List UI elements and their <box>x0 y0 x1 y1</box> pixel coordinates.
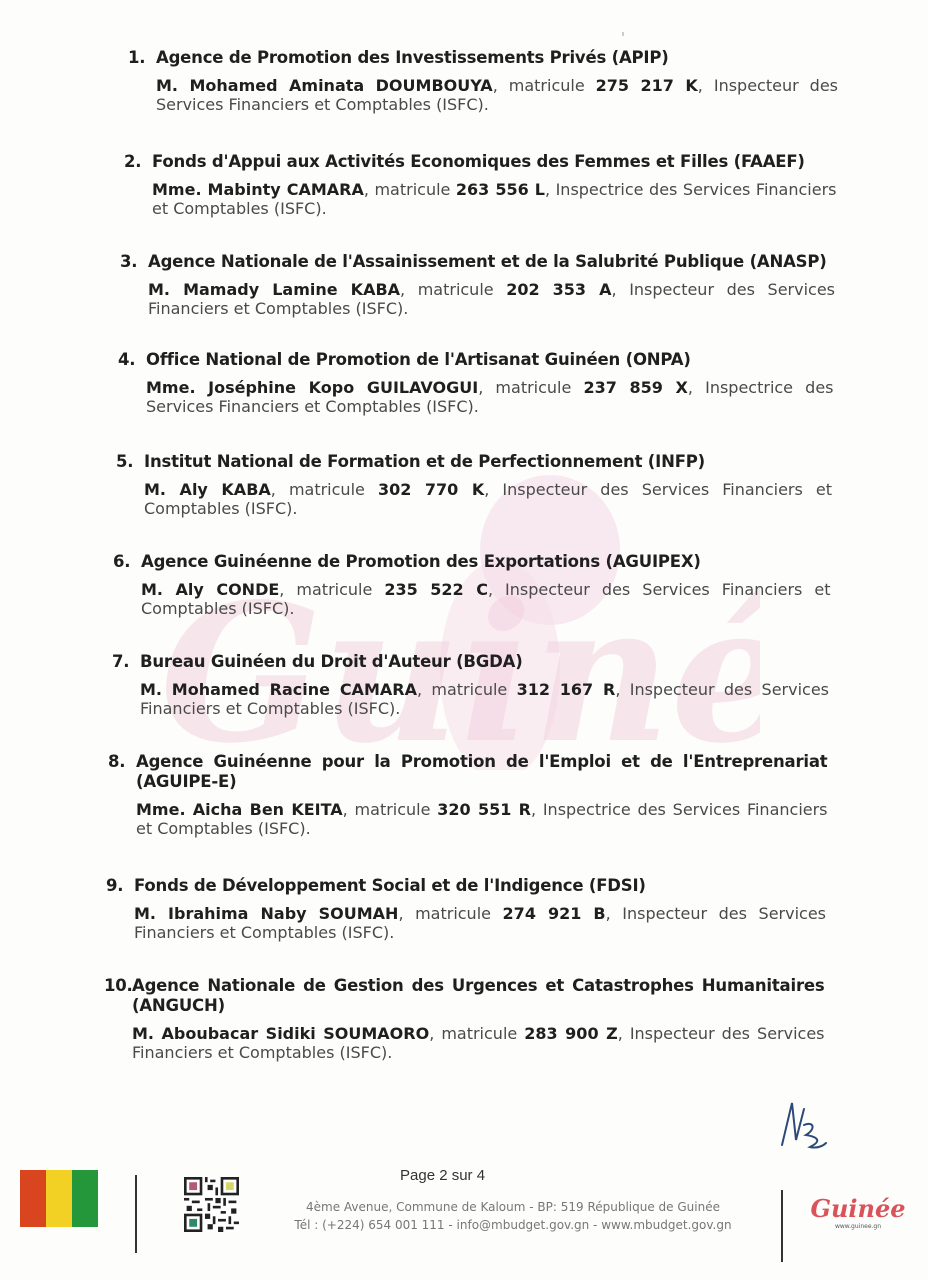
scan-speck <box>622 32 624 36</box>
signature-initials <box>770 1095 830 1155</box>
organization-heading: 5.Institut National de Formation et de P… <box>116 452 832 472</box>
matricule-number: 263 556 L <box>456 180 545 199</box>
appointee-line: M. Aly CONDE, matricule 235 522 C, Inspe… <box>141 580 831 618</box>
appointment-item: 1.Agence de Promotion des Investissement… <box>128 48 838 114</box>
organization-name: Agence Nationale de Gestion des Urgences… <box>132 976 825 1016</box>
appointee-line: Mme. Joséphine Kopo GUILAVOGUI, matricul… <box>146 378 834 416</box>
appointment-item: 3.Agence Nationale de l'Assainissement e… <box>120 252 835 318</box>
flag-yellow-band <box>46 1170 72 1227</box>
appointment-item: 7.Bureau Guinéen du Droit d'Auteur (BGDA… <box>112 652 829 718</box>
organization-name: Institut National de Formation et de Per… <box>144 452 832 472</box>
matricule-number: 275 217 K <box>596 76 698 95</box>
appointee-line: M. Aboubacar Sidiki SOUMAORO, matricule … <box>132 1024 825 1062</box>
organization-name: Agence Guinéenne de Promotion des Export… <box>141 552 831 572</box>
footer-address-block: 4ème Avenue, Commune de Kaloum - BP: 519… <box>278 1198 748 1234</box>
appointee-line: M. Mamady Lamine KABA, matricule 202 353… <box>148 280 835 318</box>
item-number: 6. <box>113 552 141 572</box>
appointee-line: Mme. Mabinty CAMARA, matricule 263 556 L… <box>152 180 837 218</box>
item-number: 2. <box>124 152 152 172</box>
appointment-item: 2.Fonds d'Appui aux Activités Economique… <box>124 152 837 218</box>
appointee-name: M. Mamady Lamine KABA <box>148 280 400 299</box>
qr-code[interactable] <box>184 1177 239 1232</box>
appointment-item: 6.Agence Guinéenne de Promotion des Expo… <box>113 552 831 618</box>
logo-wordmark: Guinée <box>808 1195 908 1223</box>
logo-url: www.guinee.gn <box>808 1223 908 1230</box>
item-number: 5. <box>116 452 144 472</box>
matricule-number: 283 900 Z <box>524 1024 617 1043</box>
appointee-line: M. Mohamed Racine CAMARA, matricule 312 … <box>140 680 829 718</box>
matricule-number: 235 522 C <box>384 580 488 599</box>
matricule-number: 202 353 A <box>506 280 611 299</box>
footer-divider-left <box>135 1175 137 1253</box>
appointee-line: M. Aly KABA, matricule 302 770 K, Inspec… <box>144 480 832 518</box>
organization-heading: 1.Agence de Promotion des Investissement… <box>128 48 838 68</box>
organization-heading: 7.Bureau Guinéen du Droit d'Auteur (BGDA… <box>112 652 829 672</box>
organization-name: Agence Guinéenne pour la Promotion de l'… <box>136 752 828 792</box>
page-number: Page 2 sur 4 <box>400 1167 485 1184</box>
appointment-item: 8.Agence Guinéenne pour la Promotion de … <box>108 752 828 838</box>
guinea-flag <box>20 1170 98 1227</box>
matricule-number: 320 551 R <box>437 800 531 819</box>
appointee-line: M. Ibrahima Naby SOUMAH, matricule 274 9… <box>134 904 826 942</box>
flag-red-band <box>20 1170 46 1227</box>
appointment-item: 5.Institut National de Formation et de P… <box>116 452 832 518</box>
item-number: 8. <box>108 752 136 792</box>
item-number: 7. <box>112 652 140 672</box>
footer-address: 4ème Avenue, Commune de Kaloum - BP: 519… <box>278 1198 748 1216</box>
appointee-name: M. Aly CONDE <box>141 580 279 599</box>
item-number: 9. <box>106 876 134 896</box>
footer-contact: Tél : (+224) 654 001 111 - info@mbudget.… <box>278 1216 748 1234</box>
appointee-name: Mme. Mabinty CAMARA <box>152 180 364 199</box>
guinee-logo: Guinée www.guinee.gn <box>808 1195 908 1250</box>
organization-heading: 4.Office National de Promotion de l'Arti… <box>118 350 834 370</box>
item-number: 4. <box>118 350 146 370</box>
appointment-item: 9.Fonds de Développement Social et de l'… <box>106 876 826 942</box>
appointment-item: 10.Agence Nationale de Gestion des Urgen… <box>104 976 825 1062</box>
appointee-name: M. Mohamed Aminata DOUMBOUYA <box>156 76 493 95</box>
organization-name: Office National de Promotion de l'Artisa… <box>146 350 834 370</box>
flag-green-band <box>72 1170 98 1227</box>
appointee-name: M. Aboubacar Sidiki SOUMAORO <box>132 1024 429 1043</box>
organization-name: Agence Nationale de l'Assainissement et … <box>148 252 835 272</box>
organization-heading: 2.Fonds d'Appui aux Activités Economique… <box>124 152 837 172</box>
organization-heading: 8.Agence Guinéenne pour la Promotion de … <box>108 752 828 792</box>
item-number: 10. <box>104 976 132 1016</box>
appointee-line: Mme. Aicha Ben KEITA, matricule 320 551 … <box>136 800 828 838</box>
organization-name: Agence de Promotion des Investissements … <box>156 48 838 68</box>
appointment-item: 4.Office National de Promotion de l'Arti… <box>118 350 834 416</box>
organization-heading: 10.Agence Nationale de Gestion des Urgen… <box>104 976 825 1016</box>
appointee-name: M. Ibrahima Naby SOUMAH <box>134 904 398 923</box>
organization-name: Bureau Guinéen du Droit d'Auteur (BGDA) <box>140 652 829 672</box>
matricule-number: 302 770 K <box>378 480 484 499</box>
appointee-line: M. Mohamed Aminata DOUMBOUYA, matricule … <box>156 76 838 114</box>
organization-heading: 9.Fonds de Développement Social et de l'… <box>106 876 826 896</box>
organization-name: Fonds d'Appui aux Activités Economiques … <box>152 152 837 172</box>
matricule-number: 274 921 B <box>503 904 606 923</box>
organization-heading: 3.Agence Nationale de l'Assainissement e… <box>120 252 835 272</box>
appointee-name: Mme. Aicha Ben KEITA <box>136 800 343 819</box>
organization-heading: 6.Agence Guinéenne de Promotion des Expo… <box>113 552 831 572</box>
matricule-number: 312 167 R <box>517 680 616 699</box>
appointee-name: M. Aly KABA <box>144 480 271 499</box>
footer-divider-right <box>781 1190 783 1262</box>
appointee-name: M. Mohamed Racine CAMARA <box>140 680 417 699</box>
item-number: 1. <box>128 48 156 68</box>
organization-name: Fonds de Développement Social et de l'In… <box>134 876 826 896</box>
appointee-name: Mme. Joséphine Kopo GUILAVOGUI <box>146 378 478 397</box>
matricule-number: 237 859 X <box>583 378 687 397</box>
item-number: 3. <box>120 252 148 272</box>
